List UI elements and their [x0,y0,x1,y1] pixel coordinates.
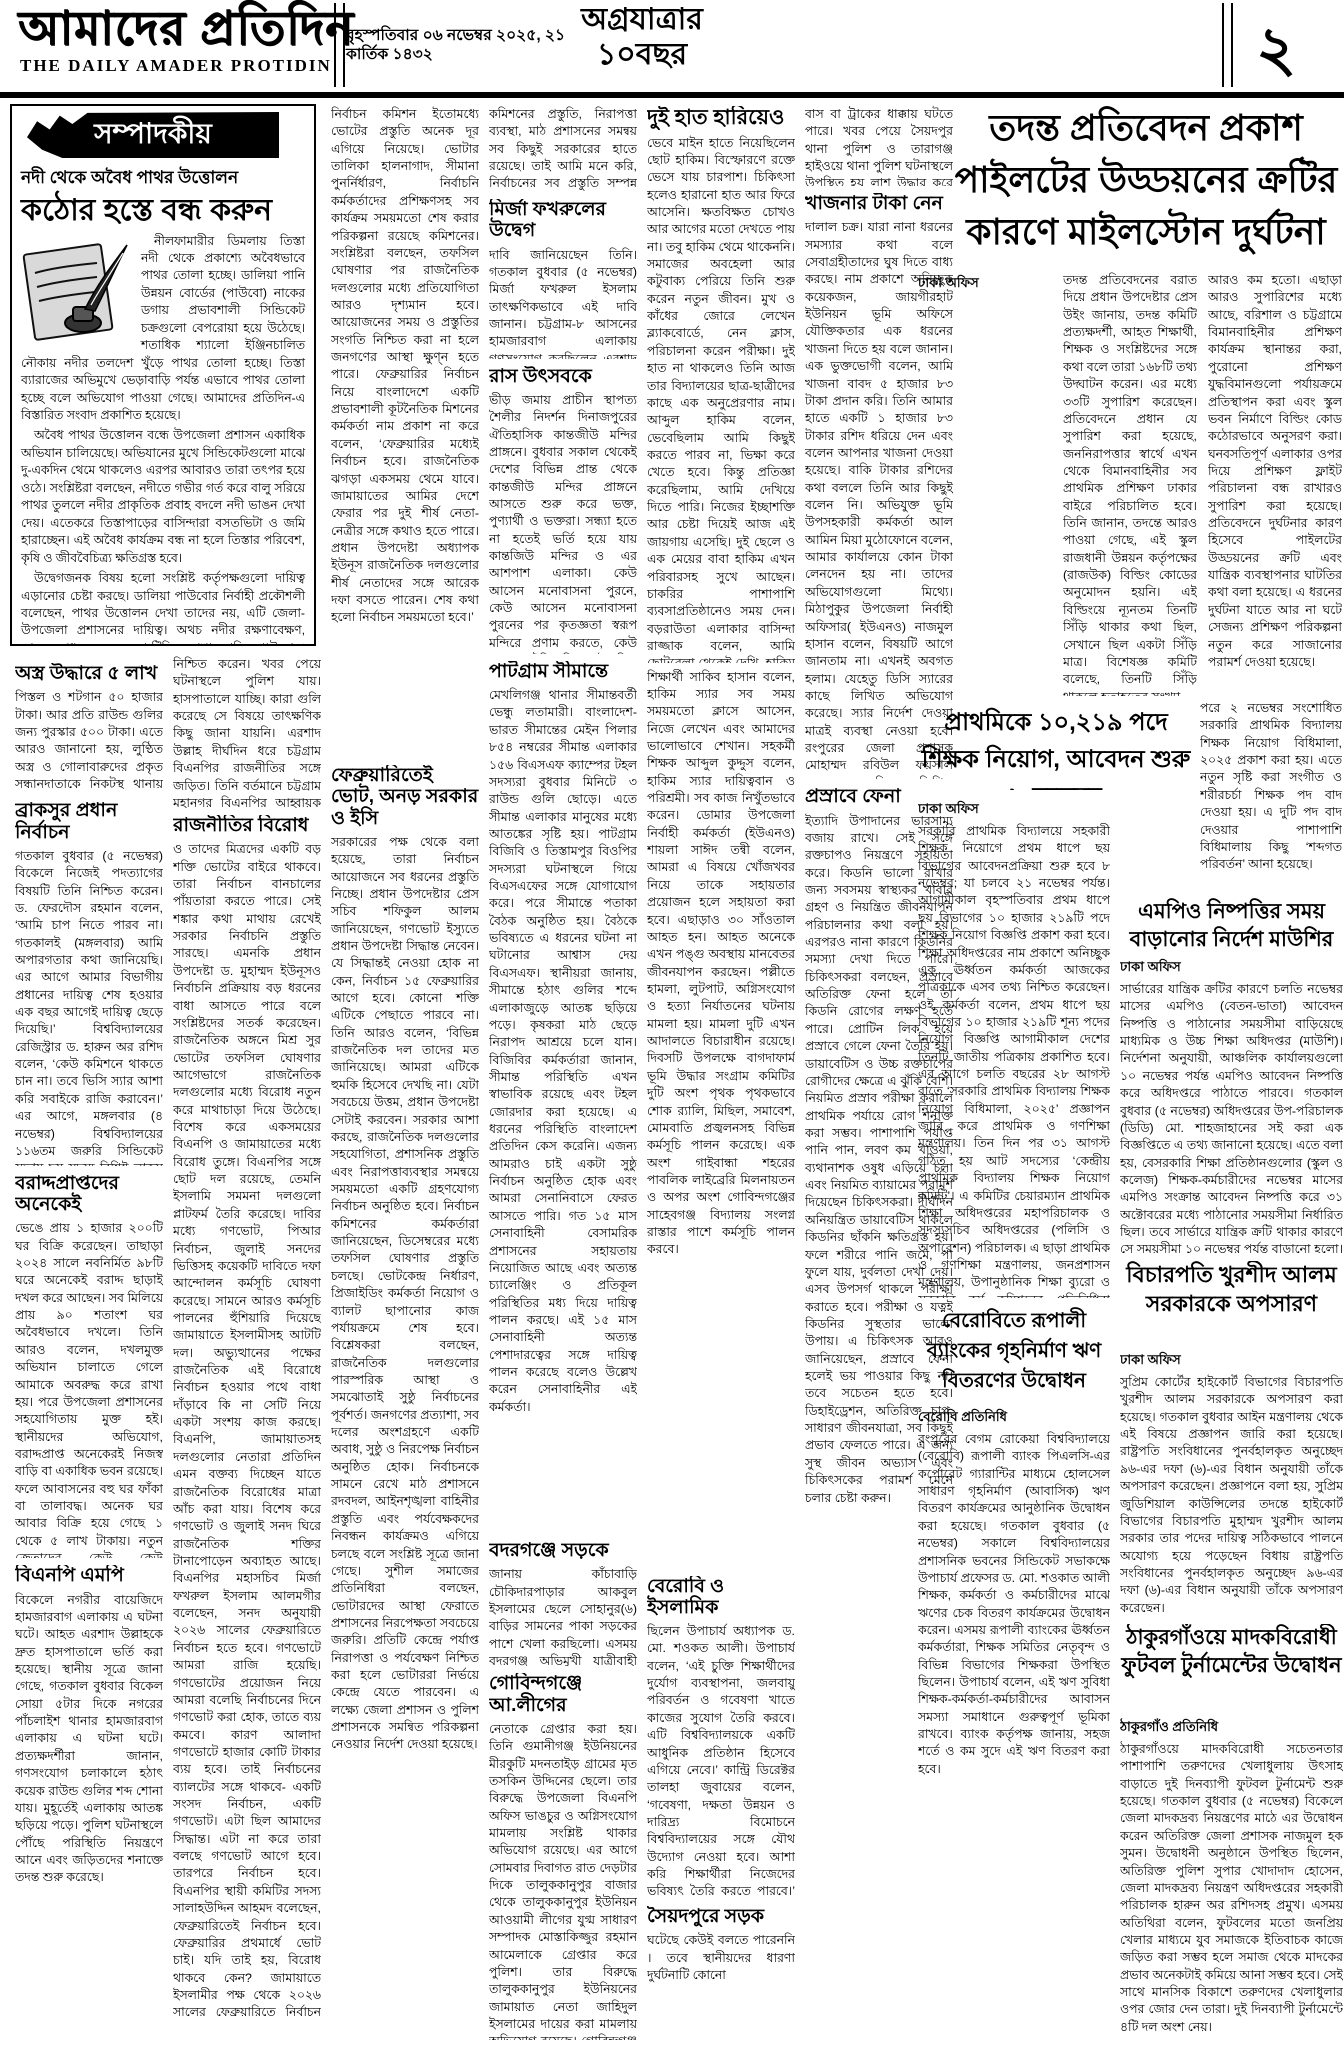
subhead-bracsu-election: ব্রাকসুর প্রধান নির্বাচন [15,800,163,843]
article-body: তদন্ত প্রতিবেদনের বরাত দিয়ে প্রধান উপদে… [1063,272,1197,696]
page-number: ২ [1256,2,1296,105]
subhead-land-tax-bribe: খাজনার টাকা নেন [805,193,953,214]
article-body: বাস বা ট্রাকের ধাক্কায় ঘটতে পারে। খবর প… [805,106,953,186]
primary-article-main: ঢাকা অফিস সরকারি প্রাথমিক বিদ্যালয়ে সহক… [918,798,1110,1298]
dateline-thakurgaon: ঠাকুরগাঁও প্রতিনিধি [1120,1718,1343,1739]
editorial-body: নীলফামারীর ডিমলায় তিস্তা নদী থেকে প্রকা… [21,233,305,647]
article-body: জানায় কাঁচাবাড়ি চৌকিদারপাড়ার আকবুল ইস… [489,1566,637,1666]
article-body: রংপুরের বেগম রোকেয়া বিশ্ববিদ্যালয়ে (বে… [918,1431,1110,2039]
subhead-lost-both-hands: দুই হাত হারিয়েও [647,106,795,130]
headline-justice-removal: বিচারপতি খুরশীদ আলম সরকারকে অপসারণ [1120,1261,1343,1349]
column-5: দুই হাত হারিয়েও ভেবে মাইন হাতে নিয়েছিল… [647,106,795,2040]
subhead-bnp-mp: বিএনপি এমপি [15,1565,163,1586]
editorial-box: সম্পাদকীয় নদী থেকে অবৈধ পাথর উত্তোলন কঠ… [10,104,316,646]
column-4: কমিশনের প্রস্তুতি, নিরাপত্তা ব্যবস্থা, ম… [489,106,637,2040]
article-body: আরও কম হতো। এছাড়া আরও সুপারিশের মধ্যে আ… [1208,272,1342,671]
subhead-rash-festival: রাস উৎসবকে [489,366,637,387]
article-body: সরকারের পক্ষ থেকে বলা হয়েছে, তারা নির্ব… [331,834,479,2034]
column-1: অস্ত্র উদ্ধারে ৫ লাখ পিস্তল ও শটগান ৫০ হ… [15,656,163,2040]
article-body: ভেবে মাইন হাতে নিয়েছিলেন ছোট হাকিম। বিস… [647,135,795,663]
anniversary-slogan: অগ্রযাত্রার ১০বছর [576,2,708,72]
headline-mpo-deadline-extension: এমপিও নিষ্পত্তির সময় বাড়ানোর নির্দেশ ম… [1120,898,1343,956]
column-3: নির্বাচন কমিশন ইতোমধ্যে ভোটের প্রস্তুতি … [331,106,479,2040]
article-body: নিশ্চিত করেন। খবর পেয়ে ঘটনাস্থলে পুলিশ … [173,656,321,808]
subhead-saidpur-road: সৈয়দপুরে সড়ক [647,1906,795,1927]
editorial-paragraph: অবৈধ পাথর উত্তোলন বন্ধে উপজেলা প্রশাসন এ… [21,427,305,567]
dateline-dhaka-office: ঢাকা অফিস [918,800,1110,821]
right-rail: এমপিও নিষ্পত্তির সময় বাড়ানোর নির্দেশ ম… [1120,898,1343,2040]
article-body: শিক্ষার্থী সাকিব হাসান বলেন, হাকিম স্যার… [647,669,795,1569]
headline-berobi-rupali-loan: বেরোবিতে রূপালী ব্যাংকের গৃহনির্মাণ ঋণ ব… [918,1306,1110,1400]
article-body: পিস্তল ও শটগান ৫০ হাজার টাকা। আর প্রতি র… [15,689,163,793]
header-divider-rule-right [1222,3,1233,87]
article-body: সুপ্রিম কোর্টের হাইকোর্ট বিভাগের বিচারপত… [1120,1374,1343,1612]
header-rule-bar [0,92,1344,98]
masthead-english-title: THE DAILY AMADER PROTIDIN [20,56,332,76]
article-body: ঘটেছে কেউই বলতে পারেননি । তবে স্থানীয়দে… [647,1932,795,1992]
article-body: বিকেলে নগরীর বায়েজিদে হামজারবাগ এলাকায়… [15,1592,163,2022]
anniversary-line2: ১০বছর [576,37,708,72]
article-body: নির্বাচন কমিশন ইতোমধ্যে ভোটের প্রস্তুতি … [331,106,479,758]
article-body: ঠাকুরগাঁওয়ে মাদকবিরোধী সচেতনতার পাশাপাশ… [1120,1741,1343,2040]
subhead-badarganj-road: বদরগঞ্জে সড়কে [489,1540,637,1561]
article-body: সার্ভারের যান্ত্রিক ক্রটির কারণে চলতি নভ… [1120,981,1343,1253]
article-body: মেখলিগঞ্জ থানার সীমান্তবর্তী ভেন্ধু লতাম… [489,687,637,1533]
newspaper-page: আমাদের প্রতিদিন THE DAILY AMADER PROTIDI… [0,0,1344,2048]
subhead-allotment-holders: বরাদ্দপ্রাপ্তদের অনেকেই [15,1173,163,1216]
article-body: সরকারি প্রাথমিক বিদ্যালয়ে সহকারী শিক্ষক… [918,823,1110,1298]
berobi-article: বেরোবি প্রতিনিধি রংপুরের বেগম রোকেয়া বি… [918,1406,1110,2040]
article-body: কমিশনের প্রস্তুতি, নিরাপত্তা ব্যবস্থা, ম… [489,106,637,192]
subhead-patgram-border: পাটগ্রাম সীমান্তে [489,661,637,682]
headline-primary-teacher-recruitment: প্রাথমিকে ১০,২১৯ পদে শিক্ষক নিয়োগ, আবেদ… [918,704,1194,790]
edition-date: বৃহস্পতিবার ০৬ নভেম্বর ২০২৫, ২১ কার্তিক … [346,26,571,65]
primary-article-side-text: পরে ২ নভেম্বর সংশোধিত সরকারি প্রাথমিক বি… [1200,700,1342,890]
subhead-mirza-fakhrul-concern: মির্জা ফখরুলের উদ্বেগ [489,199,637,242]
subhead-political-dispute: রাজনীতির বিরোধ [173,815,321,836]
subhead-gobindaganj-al: গোবিন্দগঞ্জে আ.লীগের [489,1673,637,1716]
article-body: ভেঙে প্রায় ১ হাজার ২০০টি ঘর বিক্রি করেছ… [15,1220,163,1558]
article-body: গতকাল বুধবার (৫ নভেম্বর) বিকেলে নিজেই পদ… [15,848,163,1166]
milestone-article-body: ঢাকা অফিস তদন্ত প্রতিবেদনের বরাত দিয়ে প… [918,272,1342,696]
editorial-banner: সম্পাদকীয় [27,112,279,158]
subhead-weapons-reward: অস্ত্র উদ্ধারে ৫ লাখ [15,663,163,684]
article-body: নেতাকে গ্রেপ্তার করা হয়। তিনি গুমানীগঞ্… [489,1721,637,2040]
quill-pen-illustration [21,235,133,351]
article-body: ও তাদের মিত্রদের একটি বড় শক্তি ভোটের বা… [173,841,321,2017]
anniversary-line1: অগ্রযাত্রার [576,2,708,37]
masthead-bengali-title: আমাদের প্রতিদিন [18,4,354,51]
editorial-kicker: নদী থেকে অবৈধ পাথর উত্তোলন [21,165,305,193]
header-divider-rule-left [334,3,345,87]
dateline-dhaka-office: ঢাকা অফিস [1120,1351,1343,1372]
editorial-headline: কঠোর হস্তে বন্ধ করুন [21,195,305,227]
headline-milestone-crash: তদন্ত প্রতিবেদন প্রকাশ পাইলটের উড্ডয়নের… [952,102,1340,264]
subhead-february-vote: ফেব্রুয়ারিতেই ভোট, অনড় সরকার ও ইসি [331,765,479,829]
subhead-berobi-islamic: বেরোবি ও ইসলামিক [647,1576,795,1619]
column-2: নিশ্চিত করেন। খবর পেয়ে ঘটনাস্থলে পুলিশ … [173,656,321,2040]
article-body: দাবি জানিয়েছেন তিনি। গতকাল বুধবার (৫ নভ… [489,247,637,359]
headline-thakurgaon-football: ঠাকুরগাঁওয়ে মাদকবিরোধী ফুটবল টুর্নামেন্… [1120,1624,1343,1712]
dateline-dhaka-office: ঢাকা অফিস [1120,958,1343,979]
editorial-paragraph: উদ্বেগজনক বিষয় হলো সংশ্লিষ্ট কর্তৃপক্ষগ… [21,570,305,646]
article-body: ভীড় জমায় প্রাচীন স্থাপত্য শৈলীর নিদর্শ… [489,392,637,654]
dateline-berobi: বেরোবি প্রতিনিধি [918,1408,1110,1429]
dateline-dhaka-office: ঢাকা অফিস [918,274,1052,295]
article-body: ছিলেন উপাচার্য অধ্যাপক ড. মো. শওকত আলী। … [647,1623,795,1899]
